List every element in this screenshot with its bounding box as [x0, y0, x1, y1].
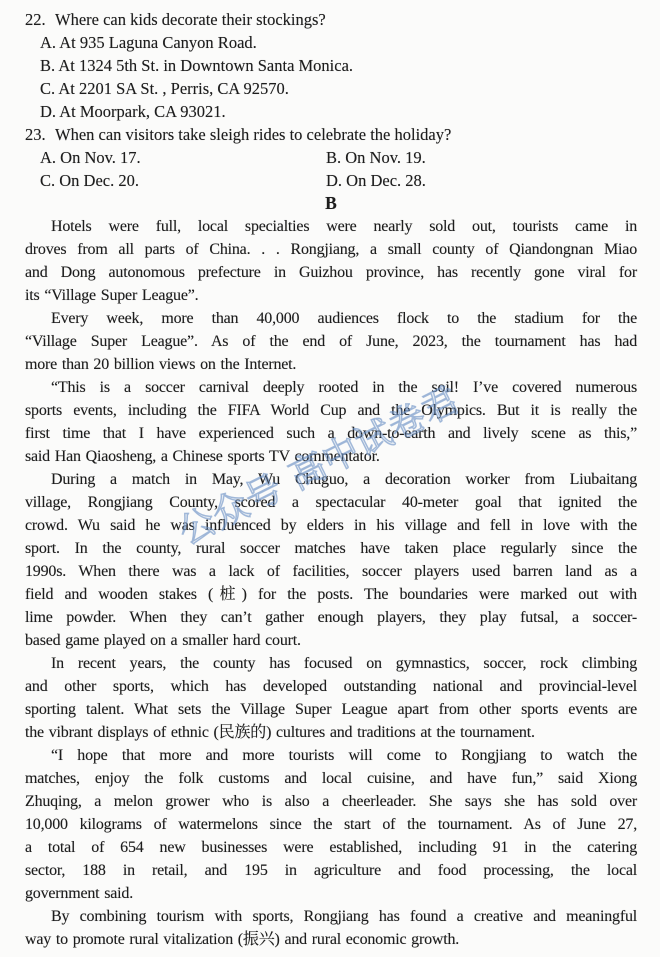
- paragraph: “This is a soccer carnival deeply rooted…: [25, 376, 637, 468]
- paragraph: “I hope that more and more tourists will…: [25, 744, 637, 905]
- question-number: 23.: [25, 123, 55, 146]
- reading-passage: Hotels were full, local specialties were…: [25, 215, 637, 951]
- question-text: Where can kids decorate their stockings?: [55, 8, 637, 31]
- option: A. On Nov. 17.: [40, 146, 326, 169]
- question-stem: 23.When can visitors take sleigh rides t…: [25, 123, 637, 146]
- paragraph: Hotels were full, local specialties were…: [25, 215, 637, 307]
- passage-line: “This is a soccer carnival deeply rooted…: [25, 376, 637, 399]
- option: B. At 1324 5th St. in Downtown Santa Mon…: [40, 54, 637, 77]
- question-stem: 22.Where can kids decorate their stockin…: [25, 8, 637, 31]
- question-number: 22.: [25, 8, 55, 31]
- passage-line: By combining tourism with sports, Rongji…: [25, 905, 637, 928]
- section-b-heading: B: [25, 192, 637, 215]
- options-list: A. At 935 Laguna Canyon Road.B. At 1324 …: [40, 31, 637, 123]
- option: A. At 935 Laguna Canyon Road.: [40, 31, 637, 54]
- passage-line: government said.: [25, 882, 637, 905]
- option: C. At 2201 SA St. , Perris, CA 92570.: [40, 77, 637, 100]
- passage-line: matches, enjoy the folk customs and loca…: [25, 767, 637, 790]
- passage-line: Hotels were full, local specialties were…: [25, 215, 637, 238]
- passage-line: a total of 654 new businesses were estab…: [25, 836, 637, 859]
- passage-line: and other sports, which has developed ou…: [25, 675, 637, 698]
- passage-line: In recent years, the county has focused …: [25, 652, 637, 675]
- passage-line: crowd. Wu said he was influenced by elde…: [25, 514, 637, 537]
- passage-line: “I hope that more and more tourists will…: [25, 744, 637, 767]
- paragraph: Every week, more than 40,000 audiences f…: [25, 307, 637, 376]
- option: D. On Dec. 28.: [326, 169, 637, 192]
- passage-line: sporting talent. What sets the Village S…: [25, 698, 637, 721]
- question-text: When can visitors take sleigh rides to c…: [55, 123, 637, 146]
- passage-line: droves from all parts of China. . . Rong…: [25, 238, 637, 261]
- passage-line: “Village Super League”. As of the end of…: [25, 330, 637, 353]
- option: C. On Dec. 20.: [40, 169, 326, 192]
- passage-line: way to promote rural vitalization (振兴) a…: [25, 928, 637, 951]
- passage-line: the vibrant displays of ethnic (民族的) cul…: [25, 721, 637, 744]
- passage-line: first time that I have experienced such …: [25, 422, 637, 445]
- passage-line: sport. In the county, rural soccer match…: [25, 537, 637, 560]
- paragraph: In recent years, the county has focused …: [25, 652, 637, 744]
- passage-line: Zhuqing, a melon grower who is also a ch…: [25, 790, 637, 813]
- passage-line: During a match in May, Wu Chuguo, a deco…: [25, 468, 637, 491]
- paragraph: By combining tourism with sports, Rongji…: [25, 905, 637, 951]
- passage-line: lime powder. When they can’t gather enou…: [25, 606, 637, 629]
- option: B. On Nov. 19.: [326, 146, 637, 169]
- passage-line: 10,000 kilograms of watermelons since th…: [25, 813, 637, 836]
- passage-line: more than 20 billion views on the Intern…: [25, 353, 637, 376]
- options-list: A. On Nov. 17.B. On Nov. 19.C. On Dec. 2…: [40, 146, 637, 192]
- passage-line: village, Rongjiang County, scored a spec…: [25, 491, 637, 514]
- paragraph: During a match in May, Wu Chuguo, a deco…: [25, 468, 637, 652]
- passage-line: its “Village Super League”.: [25, 284, 637, 307]
- question-block: 22.Where can kids decorate their stockin…: [25, 8, 637, 192]
- passage-line: said Han Qiaosheng, a Chinese sports TV …: [25, 445, 637, 468]
- scanned-exam-page: 22.Where can kids decorate their stockin…: [0, 0, 660, 957]
- passage-line: based game played on a smaller hard cour…: [25, 629, 637, 652]
- passage-line: and Dong autonomous prefecture in Guizho…: [25, 261, 637, 284]
- passage-line: sector, 188 in retail, and 195 in agricu…: [25, 859, 637, 882]
- passage-line: Every week, more than 40,000 audiences f…: [25, 307, 637, 330]
- passage-line: sports events, including the FIFA World …: [25, 399, 637, 422]
- option: D. At Moorpark, CA 93021.: [40, 100, 637, 123]
- passage-line: 1990s. When there was a lack of faciliti…: [25, 560, 637, 583]
- passage-line: field and wooden stakes (桩) for the post…: [25, 583, 637, 606]
